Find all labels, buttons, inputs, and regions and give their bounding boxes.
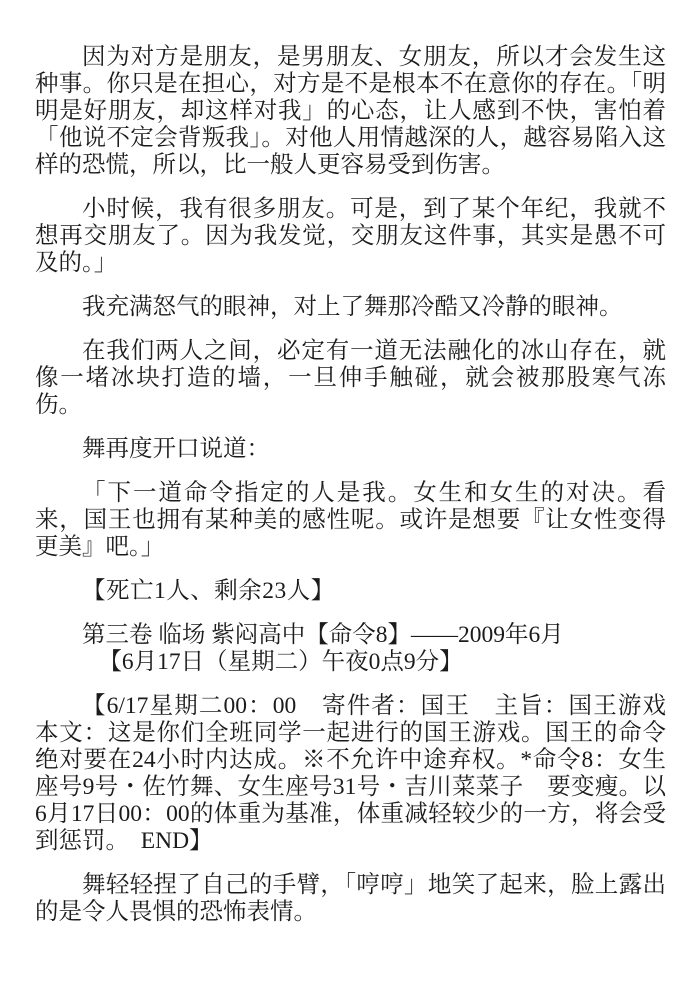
body-paragraph-mai-quote: 「下一道命令指定的人是我。女生和女生的对决。看来，国王也拥有某种美的感性呢。或许… [35, 480, 666, 561]
body-paragraph-friends: 因为对方是朋友，是男朋友、女朋友，所以才会发生这种事。你只是在担心，对方是不是根… [35, 44, 666, 179]
death-count-line: 【死亡1人、剩余23人】 [35, 578, 666, 605]
body-paragraph-iceberg: 在我们两人之间，必定有一道无法融化的冰山存在，就像一堵冰块打造的墙，一旦伸手触碰… [35, 338, 666, 419]
novel-page-content: 因为对方是朋友，是男朋友、女朋友，所以才会发生这种事。你只是在担心，对方是不是根… [0, 0, 700, 992]
chapter-heading-line1: 第三卷 临场 紫闷高中【命令8】——2009年6月 [35, 622, 666, 649]
body-paragraph-glare: 我充满怒气的眼神，对上了舞那冷酷又冷静的眼神。 [35, 294, 666, 321]
body-paragraph-mai-speaks: 舞再度开口说道： [35, 436, 666, 463]
body-paragraph-mai-laugh: 舞轻轻捏了自己的手臂，「哼哼」地笑了起来，脸上露出的是令人畏惧的恐怖表情。 [35, 872, 666, 926]
chapter-heading-line2: 【6月17日（星期二）午夜0点9分】 [35, 649, 666, 676]
body-paragraph-childhood: 小时候，我有很多朋友。可是，到了某个年纪，我就不想再交朋友了。因为我发觉，交朋友… [35, 196, 666, 277]
king-order-mail: 【6/17星期二00：00 寄件者：国王 主旨：国王游戏 本文：这是你们全班同学… [35, 693, 666, 855]
